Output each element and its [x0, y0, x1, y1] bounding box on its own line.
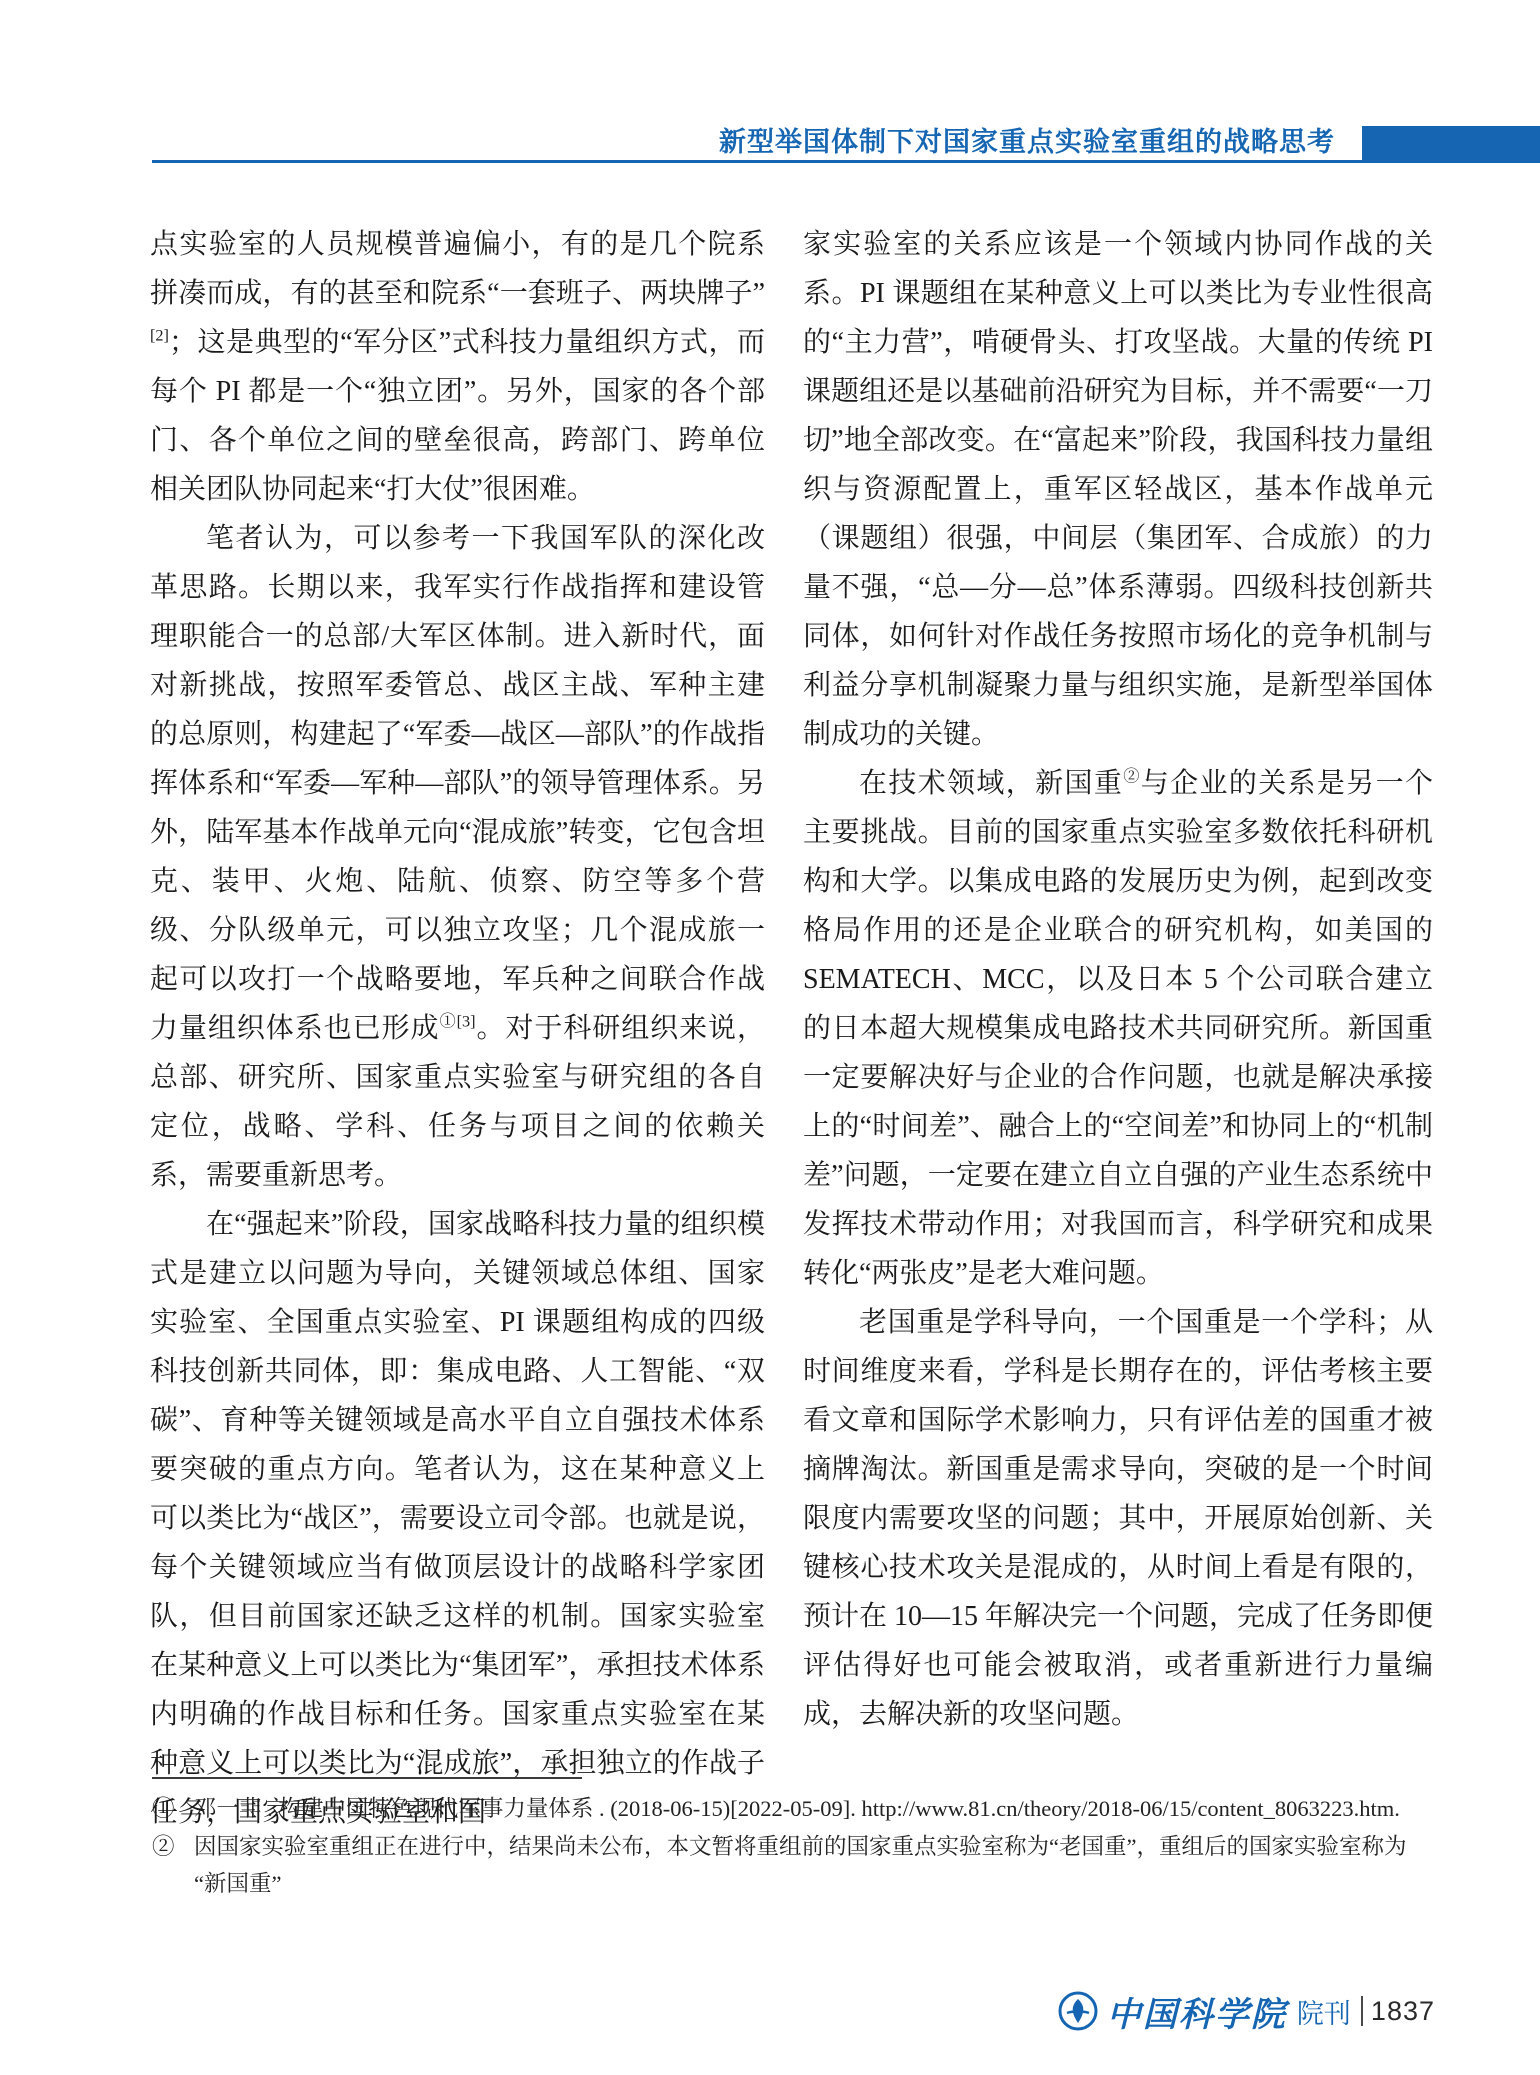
paragraph: 在“强起来”阶段，国家战略科技力量的组织模式是建立以问题为导向，关键领域总体组、… [150, 1200, 765, 1837]
footnote-text: 因国家实验室重组正在进行中，结果尚未公布，本文暂将重组前的国家重点实验室称为“老… [194, 1834, 1406, 1896]
footnote-marker: ① [152, 1790, 175, 1827]
paragraph-text: 在“强起来”阶段，国家战略科技力量的组织模式是建立以问题为导向，关键领域总体组、… [150, 1209, 765, 1828]
footer-divider [1361, 1996, 1363, 2026]
paragraph-text: ；这是典型的“军分区”式科技力量组织方式，而每个 PI 都是一个“独立团”。另外… [150, 327, 765, 505]
footnote-ref: [2] [150, 327, 169, 345]
paragraph: 老国重是学科导向，一个国重是一个学科；从时间维度来看，学科是长期存在的，评估考核… [803, 1298, 1433, 1739]
footnote-ref: ② [1123, 768, 1141, 786]
paragraph: 点实验室的人员规模普遍偏小，有的是几个院系拼凑而成，有的甚至和院系“一套班子、两… [150, 220, 765, 514]
footnote-item: ①邓一非 . 构建中国特色现代军事力量体系 . (2018-06-15)[202… [152, 1790, 1435, 1827]
left-column: 点实验室的人员规模普遍偏小，有的是几个院系拼凑而成，有的甚至和院系“一套班子、两… [150, 220, 765, 1837]
paragraph-text: 笔者认为，可以参考一下我国军队的深化改革思路。长期以来，我军实行作战指挥和建设管… [150, 523, 765, 1044]
footnotes-list: ①邓一非 . 构建中国特色现代军事力量体系 . (2018-06-15)[202… [152, 1790, 1435, 1903]
cas-emblem-icon [1058, 1991, 1098, 2031]
document-page: 新型举国体制下对国家重点实验室重组的战略思考 点实验室的人员规模普遍偏小，有的是… [0, 0, 1540, 2075]
footnote-text: 邓一非 . 构建中国特色现代军事力量体系 . (2018-06-15)[2022… [194, 1796, 1400, 1821]
paragraph-text: 家实验室的关系应该是一个领域内协同作战的关系。PI 课题组在某种意义上可以类比为… [803, 229, 1433, 750]
paragraph: 在技术领域，新国重②与企业的关系是另一个主要挑战。目前的国家重点实验室多数依托科… [803, 759, 1433, 1298]
paragraph-text: 与企业的关系是另一个主要挑战。目前的国家重点实验室多数依托科研机构和大学。以集成… [803, 768, 1433, 1289]
right-column: 家实验室的关系应该是一个领域内协同作战的关系。PI 课题组在某种意义上可以类比为… [803, 220, 1433, 1739]
running-title: 新型举国体制下对国家重点实验室重组的战略思考 [719, 122, 1335, 162]
header-accent-bar [1362, 126, 1540, 163]
paragraph: 笔者认为，可以参考一下我国军队的深化改革思路。长期以来，我军实行作战指挥和建设管… [150, 514, 765, 1200]
footnote-item: ②因国家实验室重组正在进行中，结果尚未公布，本文暂将重组前的国家重点实验室称为“… [152, 1828, 1435, 1902]
journal-name: 中国科学院 [1107, 1987, 1287, 2036]
header-rule [152, 160, 1540, 163]
paragraph-text: 老国重是学科导向，一个国重是一个学科；从时间维度来看，学科是长期存在的，评估考核… [803, 1307, 1433, 1730]
paragraph-text: 在技术领域，新国重 [859, 768, 1123, 799]
journal-suffix: 院刊 [1297, 1992, 1351, 2031]
paragraph-text: 点实验室的人员规模普遍偏小，有的是几个院系拼凑而成，有的甚至和院系“一套班子、两… [150, 229, 765, 309]
page-number: 1837 [1371, 1996, 1435, 2027]
footnote-separator [152, 1777, 582, 1779]
page-footer: 中国科学院 院刊 1837 [1058, 1988, 1435, 2034]
footnote-marker: ② [152, 1828, 175, 1865]
paragraph: 家实验室的关系应该是一个领域内协同作战的关系。PI 课题组在某种意义上可以类比为… [803, 220, 1433, 759]
footnote-ref: ①[3] [439, 1013, 475, 1031]
